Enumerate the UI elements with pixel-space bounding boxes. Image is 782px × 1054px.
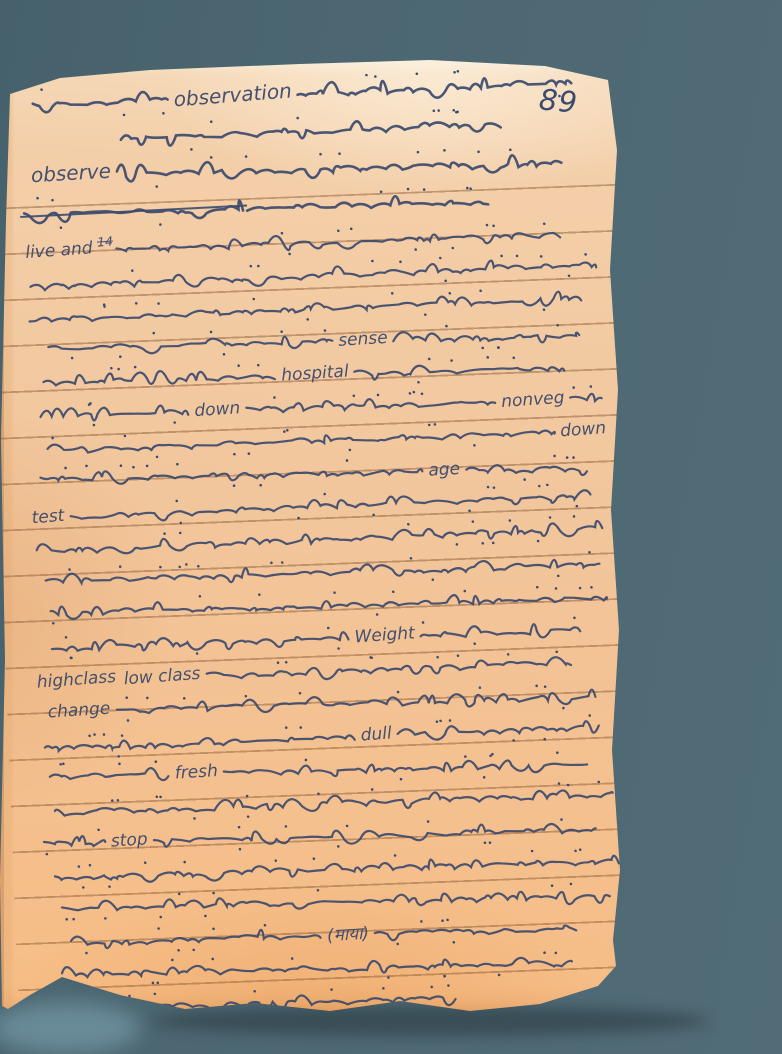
urdu-script-squiggle [373, 914, 579, 946]
english-word: age [428, 458, 461, 480]
urdu-script-squiggle [41, 361, 278, 393]
urdu-script-squiggle [418, 615, 583, 647]
english-word: observation [173, 78, 293, 111]
english-word: down [560, 418, 607, 441]
urdu-script-squiggle [395, 712, 601, 746]
handwriting-area: observationobservelive and14sensehospita… [12, 63, 645, 1026]
english-word: highclass [36, 666, 117, 692]
photo-background: 89 observationobservelive and14sensehosp… [0, 0, 782, 1054]
urdu-script-squiggle [42, 828, 108, 856]
urdu-script-squiggle [69, 921, 324, 954]
background-light-patch [0, 1002, 140, 1054]
english-word: Weight [354, 623, 415, 647]
english-word: stop [110, 829, 148, 851]
english-word: nonveg [501, 387, 565, 411]
english-word: 14 [97, 233, 114, 249]
english-word: fresh [174, 761, 218, 783]
urdu-script-squiggle [22, 190, 246, 230]
english-word: sense [338, 327, 389, 350]
english-word: change [47, 698, 111, 722]
page-cast-shadow [150, 1006, 710, 1036]
urdu-script-squiggle [244, 387, 498, 421]
urdu-script-squiggle [352, 353, 567, 385]
urdu-script-squiggle [391, 320, 582, 351]
english-word: live and [25, 238, 94, 263]
english-word: dull [360, 723, 392, 745]
notebook-page: 89 observationobservelive and14sensehosp… [0, 60, 630, 1012]
urdu-script-squiggle [48, 759, 172, 788]
english-word: down [194, 398, 241, 421]
urdu-script-squiggle [38, 397, 191, 428]
struck-through-text [22, 190, 246, 230]
english-word: low class [123, 663, 201, 688]
urdu-script-squiggle [568, 384, 604, 411]
english-word: test [31, 505, 65, 527]
english-word: observe [30, 159, 111, 188]
urdu-script-squiggle [245, 184, 491, 224]
urdu-script-squiggle [30, 81, 170, 121]
english-word: (माया) [326, 921, 369, 947]
english-word: hospital [281, 361, 349, 385]
urdu-script-squiggle [46, 327, 335, 360]
